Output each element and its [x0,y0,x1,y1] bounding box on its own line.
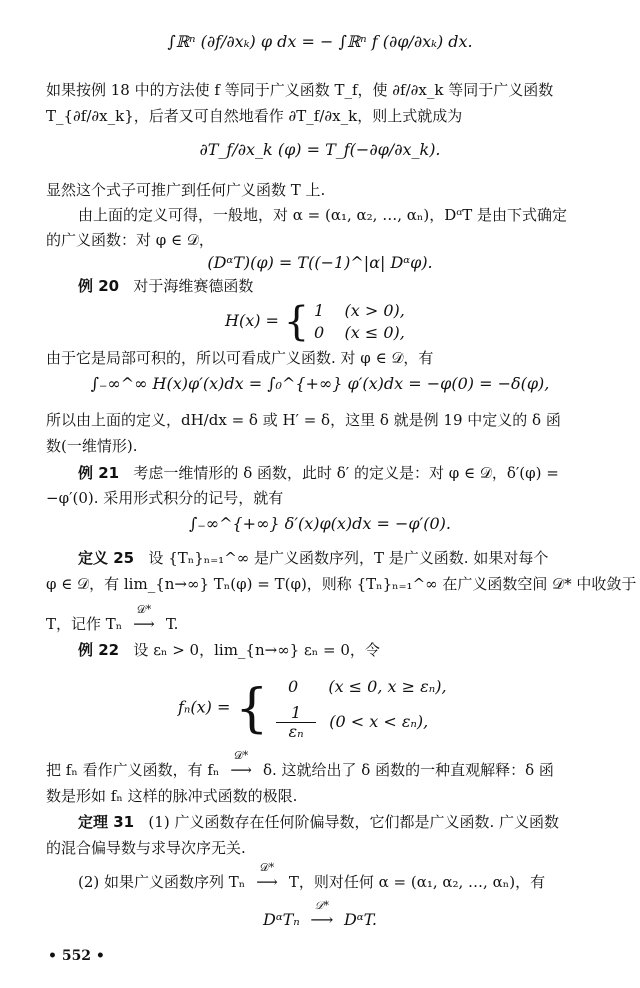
arrow-label: 𝒟* [250,858,284,878]
paragraph-3-line-2: 的广义函数：对 φ ∈ 𝒟， [46,230,214,250]
definition-25-label: 定义 25 [78,549,134,567]
theorem-31-label: 定理 31 [78,813,134,831]
fraction: 1εₙ [276,704,316,741]
left-brace: { [284,302,309,342]
theorem-31-part-2-text-a: (2) 如果广义函数序列 Tₙ [78,873,245,891]
weak-convergence-arrow: 𝒟*⟶ [127,614,161,634]
paragraph-6-text-a: 把 fₙ 看作广义函数，有 fₙ [46,761,219,779]
equation-pulse-function: fₙ(x) = { 0 (x ≤ 0, x ≥ εₙ), 1εₙ (0 < x … [178,676,447,741]
definition-25-text-a: T，记作 Tₙ [46,615,122,633]
weak-convergence-arrow: 𝒟*⟶ [250,872,284,892]
example-21-label: 例 21 [78,464,119,482]
paragraph-1-line-2: T_{∂f/∂x_k}，后者又可自然地看作 ∂T_f/∂x_k，则上式就成为 [46,106,462,126]
example-22-label: 例 22 [78,641,119,659]
theorem-31-line-2: 的混合偏导数与求导次序无关. [46,838,246,858]
case-2-condition: (0 < x < εₙ), [329,712,428,731]
equation-derivative-of-distribution: ∂T_f/∂x_k (φ) = T_f(−∂φ/∂x_k). [0,140,640,160]
arrow-label: 𝒟* [127,600,161,620]
paragraph-1-line-1: 如果按例 18 中的方法使 f 等同于广义函数 T_f，使 ∂f/∂x_k 等同… [46,80,553,100]
example-20-heading: 例 20 对于海维赛德函数 [78,276,253,296]
paragraph-6-line-1: 把 fₙ 看作广义函数，有 fₙ 𝒟*⟶ δ. 这就给出了 δ 函数的一种直观解… [46,760,554,780]
heaviside-cases: 1 (x > 0), 0 (x ≤ 0), [314,300,405,344]
equation-general-derivative: (DᵅT)(φ) = T((−1)^|α| Dᵅφ). [0,253,640,273]
paragraph-5-line-2: 数(一维情形). [46,436,137,456]
heaviside-lhs: H(x) = [225,311,279,330]
example-20-text: 对于海维赛德函数 [133,277,253,295]
arrow-label: 𝒟* [305,896,339,916]
example-22-text: 设 εₙ > 0，lim_{n→∞} εₙ = 0，令 [133,641,379,659]
paragraph-4: 由于它是局部可积的，所以可看成广义函数. 对 φ ∈ 𝒟，有 [46,348,433,368]
case-1-condition: (x > 0), [345,301,405,320]
equation-rhs: DᵅT. [344,910,377,929]
example-22-heading: 例 22 设 εₙ > 0，lim_{n→∞} εₙ = 0，令 [78,640,380,660]
definition-25-line-1: 定义 25 设 {Tₙ}ₙ₌₁^∞ 是广义函数序列，T 是广义函数. 如果对每个 [78,548,548,568]
pulse-cases: 0 (x ≤ 0, x ≥ εₙ), 1εₙ (0 < x < εₙ), [273,676,446,741]
weak-convergence-arrow: 𝒟*⟶ [305,910,339,930]
paragraph-2: 显然这个式子可推广到任何广义函数 T 上. [46,180,325,200]
paragraph-3-line-1: 由上面的定义可得，一般地，对 α = (α₁, α₂, …, αₙ)，DᵅT 是… [78,205,567,225]
paragraph-6-text-b: δ. 这就给出了 δ 函数的一种直观解释：δ 函 [263,761,554,779]
page-number: • 552 • [48,948,105,964]
equation-delta-prime-integral: ∫₋∞^{+∞} δ′(x)φ(x)dx = −φ′(0). [0,514,640,534]
definition-25-text: 设 {Tₙ}ₙ₌₁^∞ 是广义函数序列，T 是广义函数. 如果对每个 [148,549,548,567]
arrow-label: 𝒟* [224,746,258,766]
theorem-31-part-2-text-b: T，则对任何 α = (α₁, α₂, …, αₙ)，有 [289,873,545,891]
example-20-label: 例 20 [78,277,119,295]
definition-25-line-3: T，记作 Tₙ 𝒟*⟶ T. [46,614,178,634]
numerator: 1 [276,704,316,723]
case-1-condition: (x ≤ 0, x ≥ εₙ), [328,677,446,696]
equation-derivative-convergence: DᵅTₙ 𝒟*⟶ DᵅT. [0,910,640,930]
equation-lhs: DᵅTₙ [263,910,300,929]
case-1-value: 1 [314,301,324,320]
equation-heaviside-integral: ∫₋∞^∞ H(x)φ′(x)dx = ∫₀^{+∞} φ′(x)dx = −φ… [0,374,640,394]
definition-25-line-2: φ ∈ 𝒟，有 lim_{n→∞} Tₙ(φ) = T(φ)，则称 {Tₙ}ₙ₌… [46,574,636,594]
theorem-31-line-1: 定理 31 (1) 广义函数存在任何阶偏导数，它们都是广义函数. 广义函数 [78,812,559,832]
definition-25-text-b: T. [166,615,179,633]
paragraph-5-line-1: 所以由上面的定义，dH/dx = δ 或 H′ = δ，这里 δ 就是例 19 … [46,410,561,430]
denominator: εₙ [276,723,316,741]
equation-integration-by-parts: ∫ℝⁿ (∂f/∂xₖ) φ dx = − ∫ℝⁿ f (∂φ/∂xₖ) dx. [0,32,640,52]
case-2-value: 0 [314,323,324,342]
pulse-lhs: fₙ(x) = [178,698,230,717]
theorem-31-text: (1) 广义函数存在任何阶偏导数，它们都是广义函数. 广义函数 [148,813,559,831]
paragraph-6-line-2: 数是形如 fₙ 这样的脉冲式函数的极限. [46,786,297,806]
example-21-text: 考虑一维情形的 δ 函数，此时 δ′ 的定义是：对 φ ∈ 𝒟，δ′(φ) = [133,464,558,482]
weak-convergence-arrow: 𝒟*⟶ [224,760,258,780]
left-brace: { [235,689,268,729]
theorem-31-part-2: (2) 如果广义函数序列 Tₙ 𝒟*⟶ T，则对任何 α = (α₁, α₂, … [78,872,545,892]
example-21-line-2: −φ′(0). 采用形式积分的记号，就有 [46,488,283,508]
case-1-value: 0 [273,676,313,698]
book-page: ∫ℝⁿ (∂f/∂xₖ) φ dx = − ∫ℝⁿ f (∂φ/∂xₖ) dx.… [0,0,640,988]
case-2-condition: (x ≤ 0), [345,323,405,342]
equation-text: ∫ℝⁿ (∂f/∂xₖ) φ dx = − ∫ℝⁿ f (∂φ/∂xₖ) dx. [167,32,472,51]
example-21-line-1: 例 21 考虑一维情形的 δ 函数，此时 δ′ 的定义是：对 φ ∈ 𝒟，δ′(… [78,463,559,483]
equation-heaviside: H(x) = { 1 (x > 0), 0 (x ≤ 0), [225,300,405,344]
